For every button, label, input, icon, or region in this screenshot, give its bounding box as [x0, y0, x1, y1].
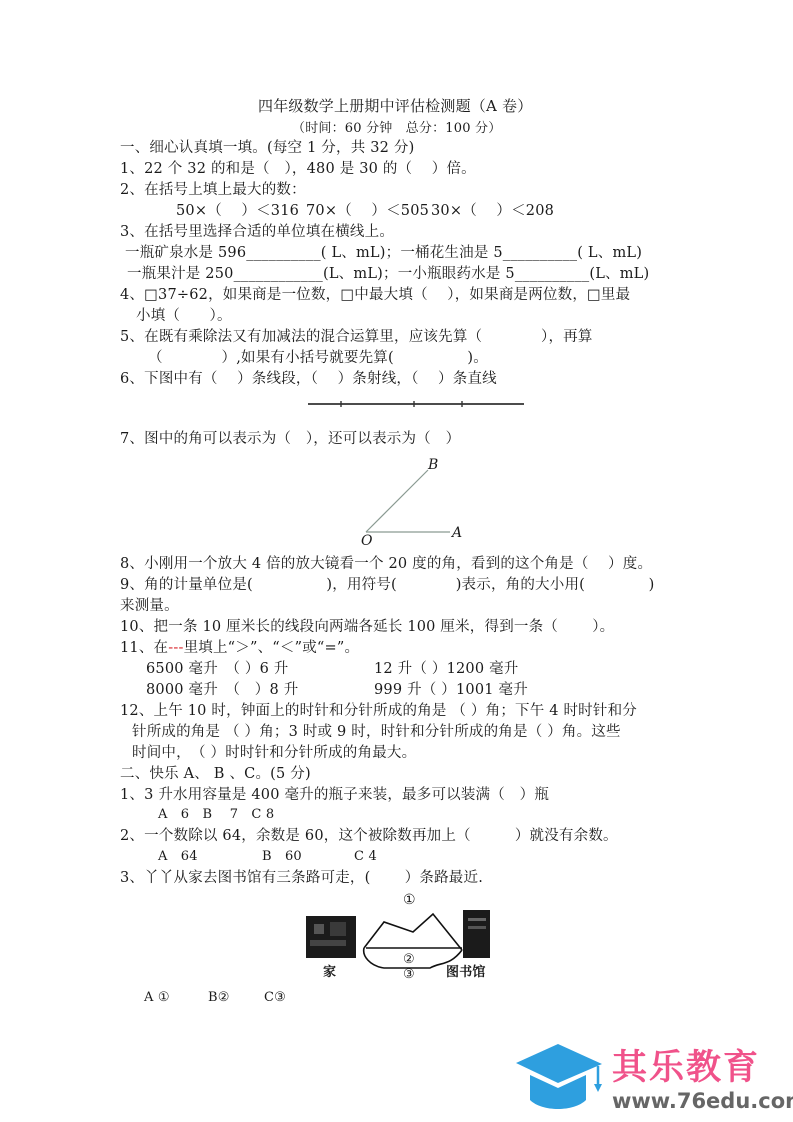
- question-2-2-option: B 60: [262, 847, 302, 867]
- angle-label-a: A: [452, 523, 462, 543]
- question-1-2-item: 70×（ ）＜505: [306, 201, 429, 221]
- question-2-3-option: A ①: [144, 988, 170, 1008]
- question-1-7: 7、图中的角可以表示为（ ），还可以表示为（ ）: [120, 429, 460, 449]
- q11-suffix: 里填上“＞”、“＜”或“=”。: [184, 640, 360, 656]
- question-1-4-cont: 小填（ ）。: [136, 306, 232, 326]
- question-1-5-cont: （ ）,如果有小括号就要先算( )。: [148, 348, 488, 368]
- question-1-11-item: 12 升（ ）1200 毫升: [374, 659, 518, 679]
- line-segment-figure: [300, 396, 530, 412]
- route-label-3: ③: [403, 965, 415, 985]
- question-2-3: 3、丫丫从家去图书馆有三条路可走，( ）条路最近.: [120, 868, 483, 888]
- library-label: 图书馆: [446, 963, 486, 983]
- brand-url: www.76edu.com: [612, 1089, 793, 1113]
- library-image: [463, 910, 490, 958]
- question-1-5: 5、在既有乘除法又有加减法的混合运算里，应该先算（ ），再算: [120, 327, 593, 347]
- question-1-2-item: 50×（ ）＜316: [176, 201, 299, 221]
- question-1-12-cont: 时间中， （ ）时时针和分针所成的角最大。: [132, 743, 416, 763]
- question-2-1-options: A 6 B 7 C 8: [158, 805, 274, 825]
- question-1-12-cont: 针所成的角是 （ ）角；3 时或 9 时，时针和分针所成的角是（ ）角。这些: [132, 722, 621, 742]
- brand-name: 其乐教育: [612, 1040, 760, 1090]
- q11-prefix: 11、在: [120, 640, 168, 656]
- angle-label-o: O: [361, 531, 373, 551]
- page-title: 四年级数学上册期中评估检测题（A 卷）: [258, 96, 532, 116]
- q11-red-blank: ---: [168, 640, 183, 656]
- question-1-9-cont: 来测量。: [120, 596, 179, 616]
- question-1-11: 11、在---里填上“＞”、“＜”或“=”。: [120, 638, 359, 658]
- section-heading-1: 一、细心认真填一填。(每空 1 分，共 32 分): [120, 138, 414, 158]
- home-label: 家: [323, 963, 336, 983]
- question-1-8: 8、小刚用一个放大 4 倍的放大镜看一个 20 度的角，看到的这个角是（ ）度。: [120, 554, 652, 574]
- page-subtitle: （时间：60 分钟 总分：100 分）: [292, 119, 501, 139]
- angle-label-b: B: [428, 455, 439, 475]
- question-1-2: 2、在括号上填上最大的数：: [120, 180, 306, 200]
- question-2-3-option: C③: [264, 988, 286, 1008]
- question-1-3-line: 一瓶矿泉水是 596__________( L、mL)；一桶花生油是 5____…: [125, 243, 642, 263]
- question-2-1: 1、3 升水用容量是 400 毫升的瓶子来装，最多可以装满（ ）瓶: [120, 785, 549, 805]
- question-1-2-item: 30×（ ）＜208: [431, 201, 554, 221]
- question-1-3-line: 一瓶果汁是 250____________(L、mL)；一小瓶眼药水是 5___…: [127, 264, 649, 284]
- question-1-6: 6、下图中有（ ）条线段，（ ）条射线，（ ）条直线: [120, 369, 497, 389]
- question-1-3: 3、在括号里选择合适的单位填在横线上。: [120, 222, 394, 242]
- section-heading-2: 二、快乐 A、 B 、C。(5 分): [120, 764, 311, 784]
- question-2-2: 2、一个数除以 64，余数是 60，这个被除数再加上（ ）就没有余数。: [120, 826, 618, 846]
- route-label-1: ①: [403, 890, 416, 910]
- question-1-1: 1、22 个 32 的和是（ ），480 是 30 的（ ）倍。: [120, 159, 476, 179]
- question-1-9: 9、角的计量单位是( )，用符号( )表示，角的大小用( ): [120, 575, 654, 595]
- question-1-4: 4、□37÷62，如果商是一位数，□中最大填（ ），如果商是两位数，□里最: [120, 285, 630, 305]
- question-1-12: 12、上午 10 时，钟面上的时针和分针所成的角是 （ ）角；下午 4 时时针和…: [120, 701, 637, 721]
- question-1-11-item: 6500 毫升 （ ）6 升: [146, 659, 289, 679]
- question-2-2-option: C 4: [354, 847, 377, 867]
- question-2-3-option: B②: [208, 988, 230, 1008]
- question-1-11-item: 999 升（ ）1001 毫升: [374, 680, 528, 700]
- graduation-cap-icon: [512, 1042, 608, 1114]
- question-1-10: 10、把一条 10 厘米长的线段向两端各延长 100 厘米，得到一条（ ）。: [120, 617, 614, 637]
- question-2-2-option: A 64: [158, 847, 198, 867]
- question-1-11-item: 8000 毫升 （ ）8 升: [146, 680, 298, 700]
